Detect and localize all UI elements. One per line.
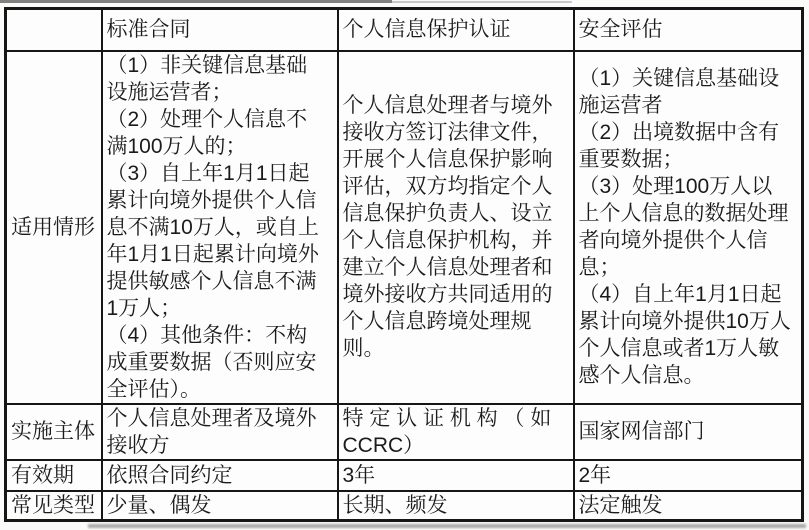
row-validity-period: 有效期 依照合同约定 3年 2年 bbox=[6, 460, 803, 491]
cell-types-assessment: 法定触发 bbox=[574, 491, 803, 521]
scan-artifact-top-light bbox=[392, 1, 572, 3]
cell-entity-assessment: 国家网信部门 bbox=[574, 404, 803, 460]
scan-artifact-bottom bbox=[88, 524, 806, 528]
row-implementing-entity: 实施主体 个人信息处理者及境外 接收方 特 定 认 证 机 构 （ 如 CCRC… bbox=[6, 404, 803, 460]
table-header-row: 标准合同 个人信息保护认证 安全评估 bbox=[6, 9, 803, 51]
cell-scenarios-certification: 个人信息处理者与境外 接收方签订法律文件， 开展个人信息保护影响 评估，双方均指… bbox=[338, 51, 574, 404]
cell-types-certification: 长期、频发 bbox=[338, 491, 574, 521]
cell-validity-assessment: 2年 bbox=[574, 460, 803, 491]
column-header-security-assessment: 安全评估 bbox=[574, 9, 803, 51]
row-label-common-types: 常见类型 bbox=[6, 491, 102, 521]
cell-validity-certification: 3年 bbox=[338, 460, 574, 491]
row-common-types: 常见类型 少量、偶发 长期、频发 法定触发 bbox=[6, 491, 803, 521]
row-label-applicable-scenarios: 适用情形 bbox=[6, 51, 102, 404]
scanned-table-page: 标准合同 个人信息保护认证 安全评估 适用情形 （1）非关键信息基础 设施运营者… bbox=[0, 0, 809, 530]
cell-entity-standard-contract: 个人信息处理者及境外 接收方 bbox=[102, 404, 338, 460]
comparison-table: 标准合同 个人信息保护认证 安全评估 适用情形 （1）非关键信息基础 设施运营者… bbox=[4, 7, 804, 522]
row-label-validity-period: 有效期 bbox=[6, 460, 102, 491]
cell-scenarios-standard-contract: （1）非关键信息基础 设施运营者； （2）处理个人信息不 满100万人的； （3… bbox=[102, 51, 338, 404]
row-applicable-scenarios: 适用情形 （1）非关键信息基础 设施运营者； （2）处理个人信息不 满100万人… bbox=[6, 51, 803, 404]
column-header-pi-protection-certification: 个人信息保护认证 bbox=[338, 9, 574, 51]
row-label-implementing-entity: 实施主体 bbox=[6, 404, 102, 460]
column-header-standard-contract: 标准合同 bbox=[102, 9, 338, 51]
scan-artifact-top bbox=[0, 0, 392, 3]
cell-types-standard-contract: 少量、偶发 bbox=[102, 491, 338, 521]
corner-header-cell bbox=[6, 9, 102, 51]
cell-scenarios-assessment: （1）关键信息基础设 施运营者 （2）出境数据中含有 重要数据； （3）处理10… bbox=[574, 51, 803, 404]
cell-entity-certification: 特 定 认 证 机 构 （ 如 CCRC） bbox=[338, 404, 574, 460]
cell-validity-standard-contract: 依照合同约定 bbox=[102, 460, 338, 491]
